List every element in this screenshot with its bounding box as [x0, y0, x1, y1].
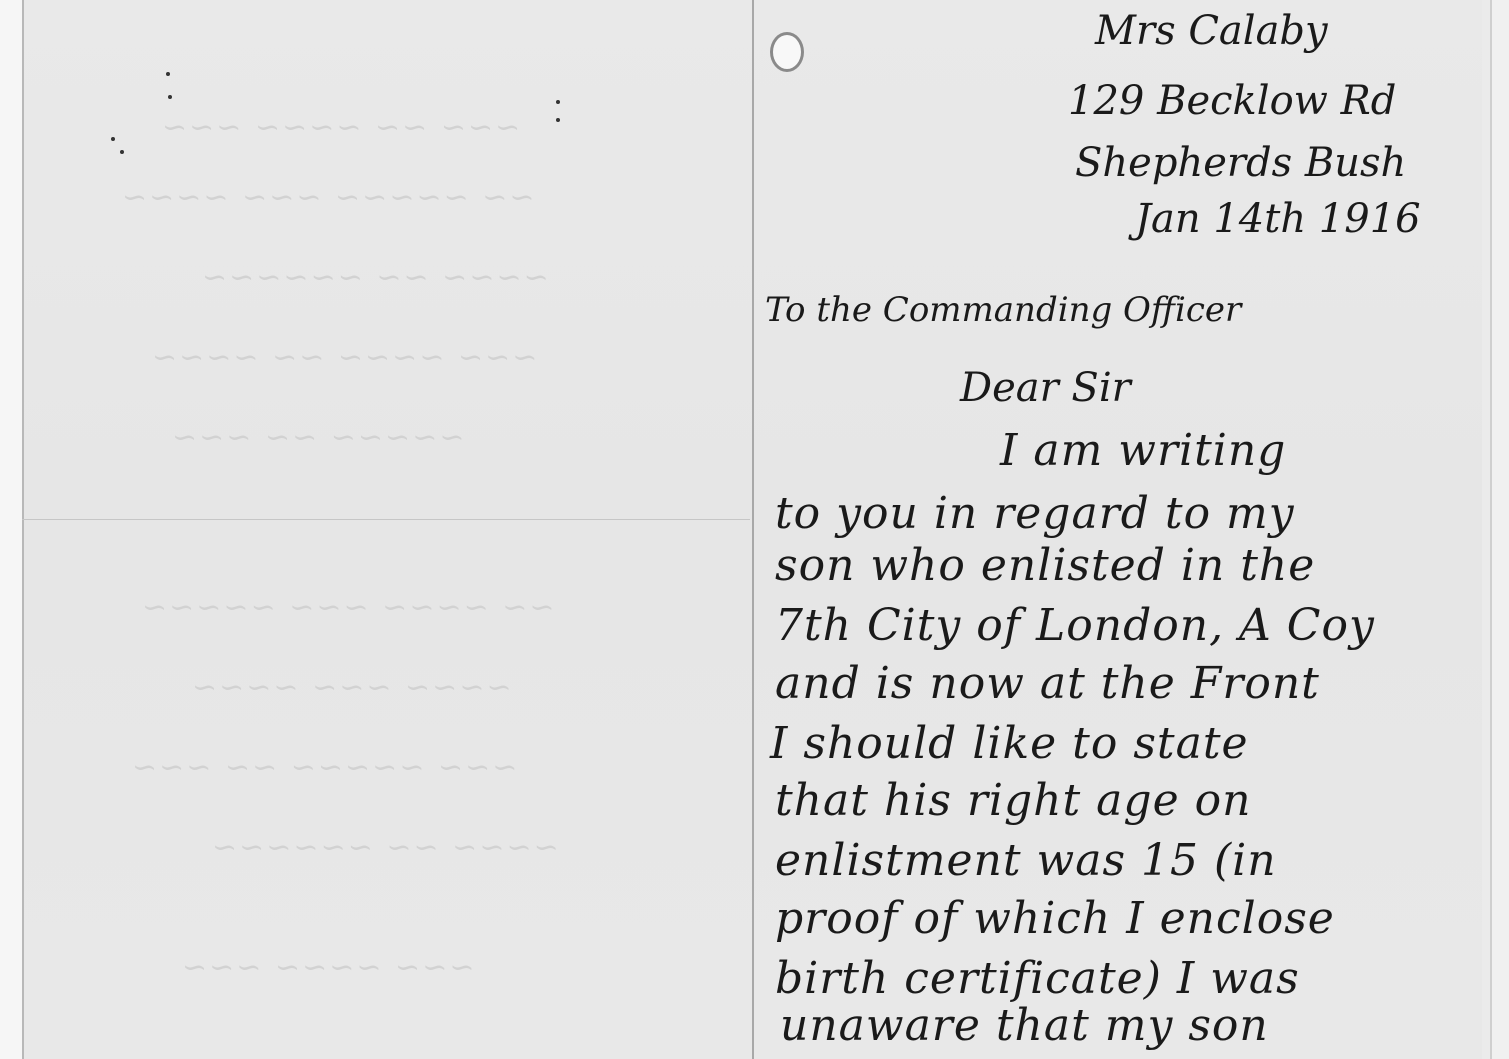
body-line: to you in regard to my — [775, 488, 1295, 539]
sender-street: 129 Becklow Rd — [1068, 78, 1396, 124]
scan-margin-left — [0, 0, 22, 1059]
body-line: I am writing — [1000, 425, 1286, 476]
body-line: that his right age on — [775, 775, 1251, 826]
body-line: unaware that my son — [780, 1000, 1269, 1051]
ink-speck — [111, 137, 115, 141]
letter-date: Jan 14th 1916 — [1135, 196, 1421, 242]
ink-speck — [556, 100, 560, 104]
ink-speck — [556, 118, 560, 122]
scanned-document: ~~~ ~~ ~~~~ ~~~ ~~ ~~~~~ ~~~ ~~~~ ~~~~ ~… — [0, 0, 1509, 1059]
left-page — [22, 0, 752, 1059]
salutation: Dear Sir — [960, 365, 1131, 411]
ink-speck — [166, 72, 170, 76]
punch-hole — [770, 32, 804, 72]
body-line: 7th City of London, A Coy — [775, 600, 1375, 651]
ink-speck — [168, 95, 172, 99]
fold-crease — [22, 519, 750, 520]
ink-speck — [120, 150, 124, 154]
body-line: birth certificate) I was — [775, 953, 1300, 1004]
body-line: enlistment was 15 (in — [775, 835, 1277, 886]
sender-district: Shepherds Bush — [1075, 140, 1406, 186]
sender-name: Mrs Calaby — [1095, 8, 1328, 54]
body-line: and is now at the Front — [775, 658, 1320, 709]
body-line: son who enlisted in the — [775, 540, 1315, 591]
body-line: proof of which I enclose — [775, 893, 1335, 944]
body-line: I should like to state — [770, 718, 1249, 769]
scan-margin-right — [1490, 0, 1509, 1059]
recipient-line: To the Commanding Officer — [765, 290, 1241, 330]
